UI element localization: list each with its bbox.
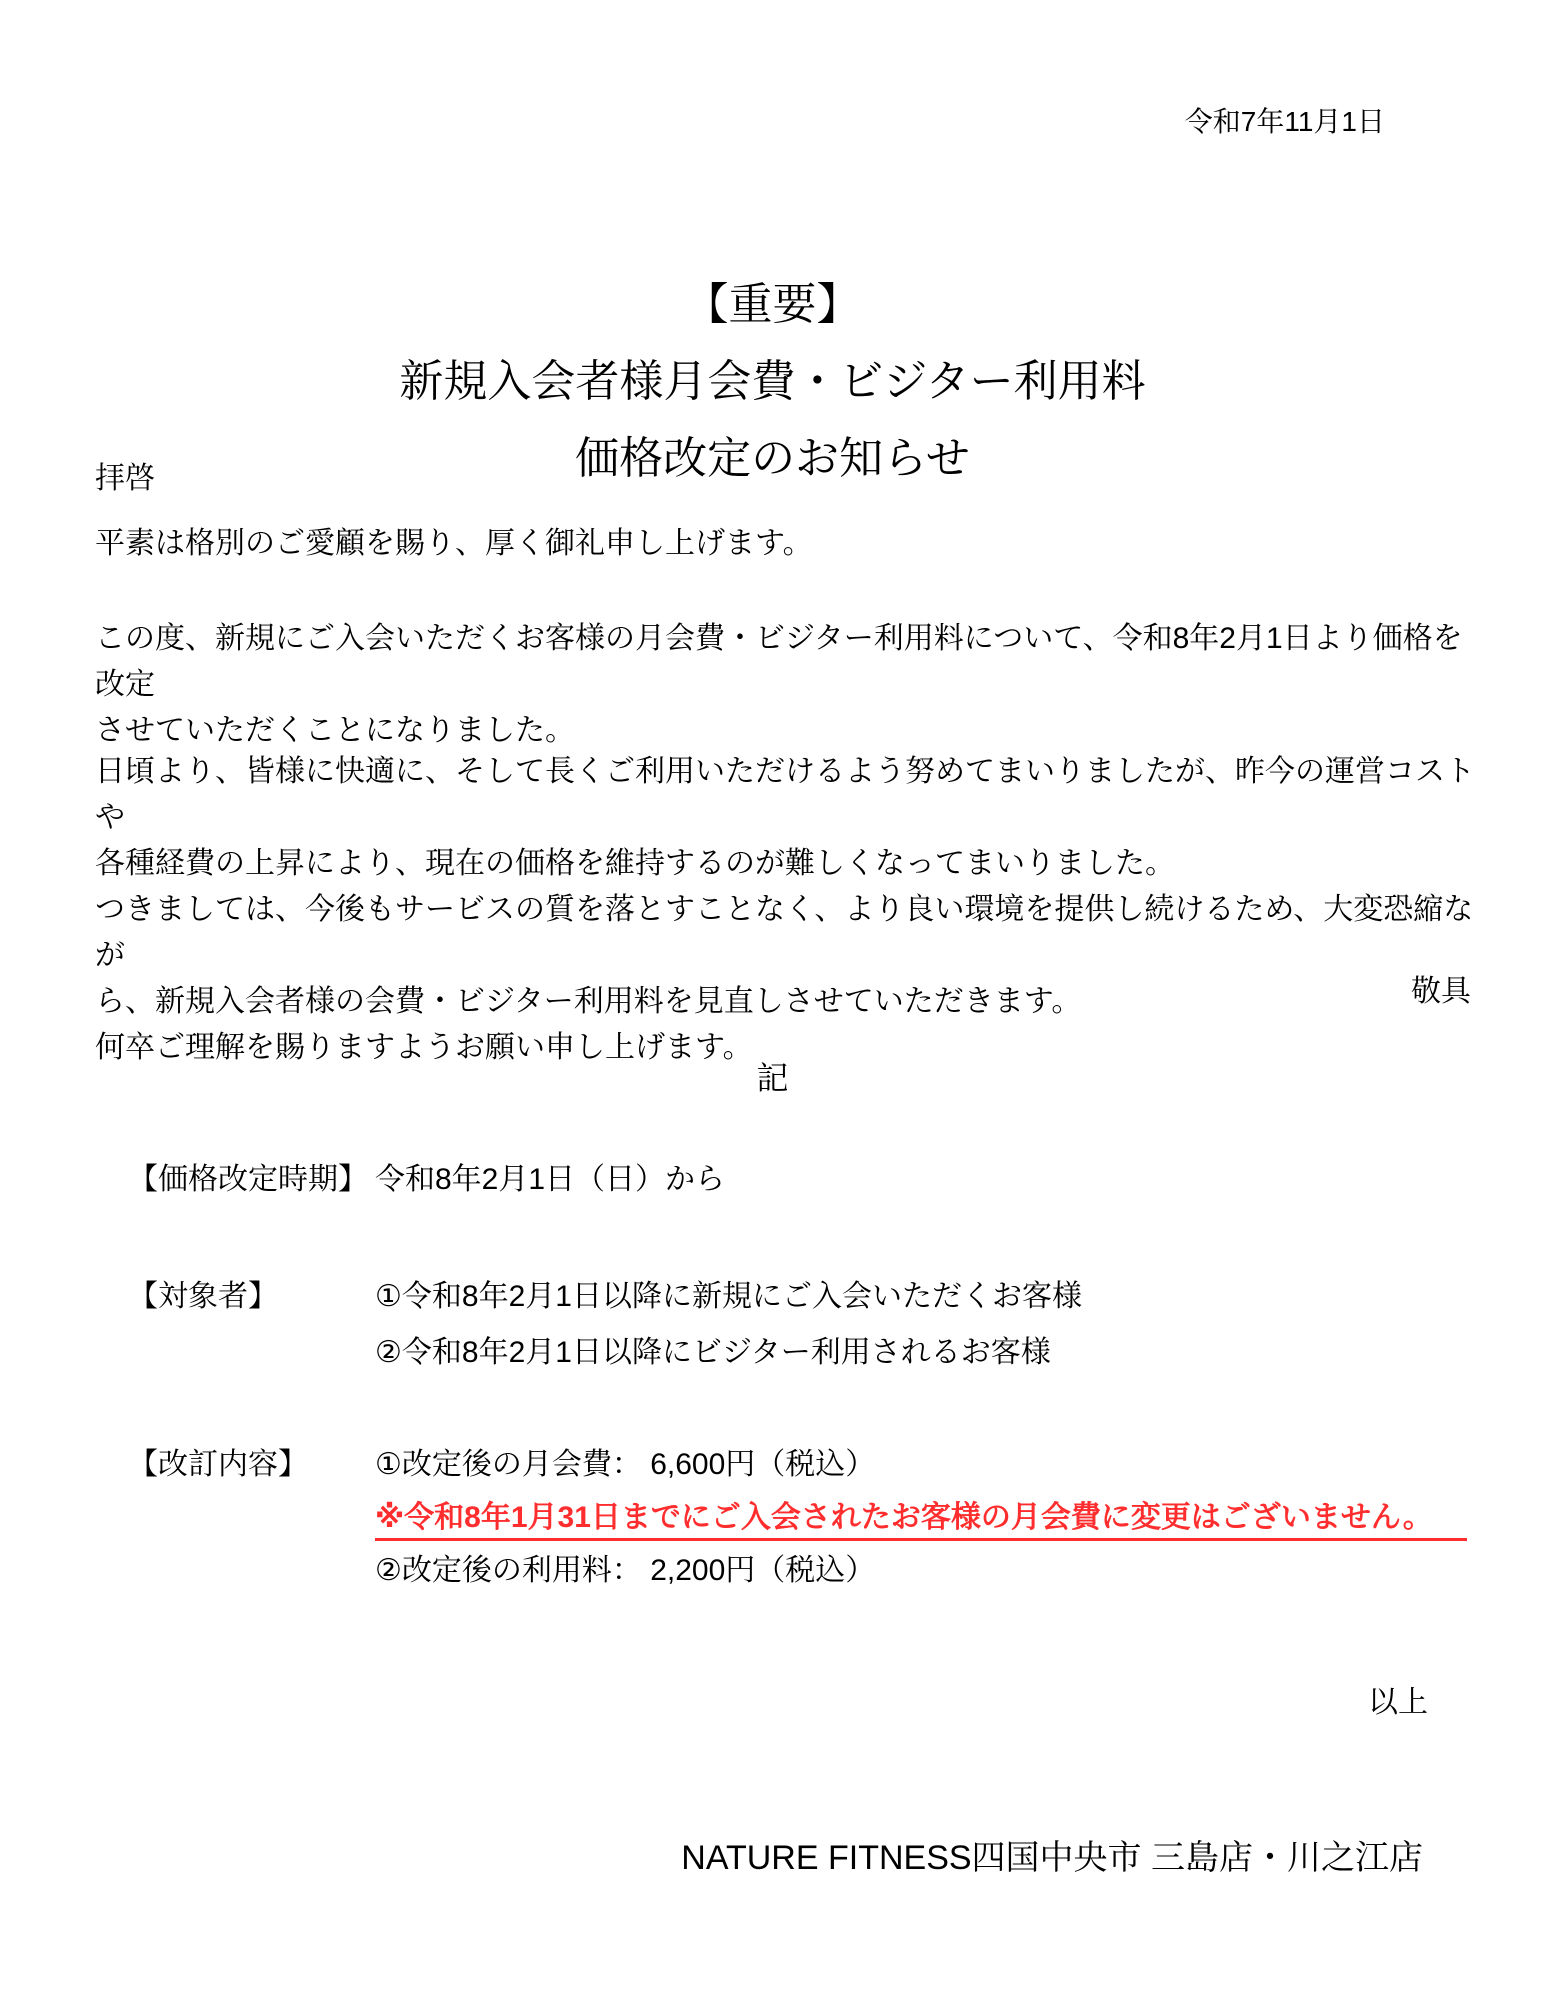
section-revision-date: 【価格改定時期】 令和8年2月1日（日）から	[0, 1160, 1545, 1200]
section-target-customers: 【対象者】 ①令和8年2月1日以降に新規にご入会いただくお客様 ②令和8年2月1…	[0, 1269, 1545, 1381]
paragraph-reason: 日頃より、皆様に快適に、そして長くご利用いただけるよう努めてまいりましたが、昨今…	[95, 749, 1480, 1071]
section-label-target-customers: 【対象者】	[128, 1269, 278, 1325]
target-customers-item-2: ②令和8年2月1日以降にビジター利用されるお客様	[375, 1325, 1545, 1381]
section-label-revision-details: 【改訂内容】	[128, 1438, 308, 1491]
section-label-revision-date: 【価格改定時期】	[128, 1160, 368, 1200]
target-customers-item-1: ①令和8年2月1日以降に新規にご入会いただくお客様	[375, 1269, 1545, 1325]
document-date: 令和7年11月1日	[1185, 104, 1385, 140]
salutation-close: 敬具	[1411, 972, 1471, 1011]
paragraph-announcement: この度、新規にご入会いただくお客様の月会費・ビジター利用料について、令和8年2月…	[95, 616, 1480, 754]
closing-end-marker: 以上	[1368, 1683, 1428, 1722]
reason-line: ら、新規入会者様の会費・ビジター利用料を見直しさせていただきます。	[95, 979, 1480, 1025]
reason-line: つきましては、今後もサービスの質を落とすことなく、より良い環境を提供し続けるため…	[95, 887, 1480, 979]
revision-date-value: 令和8年2月1日（日）から	[375, 1160, 1545, 1200]
announcement-line: この度、新規にご入会いただくお客様の月会費・ビジター利用料について、令和8年2月…	[95, 616, 1480, 708]
reason-line: 日頃より、皆様に快適に、そして長くご利用いただけるよう努めてまいりましたが、昨今…	[95, 749, 1480, 841]
announcement-line: させていただくことになりました。	[95, 708, 1480, 754]
revised-visitor-fee: ②改定後の利用料： 2,200円（税込）	[375, 1544, 1545, 1597]
title-subject-line: 新規入会者様月会費・ビジター利用料	[0, 343, 1545, 420]
existing-members-note-text: ※令和8年1月31日までにご入会されたお客様の月会費に変更はございません。	[375, 1501, 1467, 1541]
record-marker: 記	[0, 1058, 1545, 1100]
document-title: 【重要】 新規入会者様月会費・ビジター利用料 価格改定のお知らせ	[0, 266, 1545, 497]
existing-members-note: ※令和8年1月31日までにご入会されたお客様の月会費に変更はございません。	[375, 1491, 1545, 1544]
reason-line: 各種経費の上昇により、現在の価格を維持するのが難しくなってまいりました。	[95, 841, 1480, 887]
price-revision-notice-document: 令和7年11月1日 【重要】 新規入会者様月会費・ビジター利用料 価格改定のお知…	[0, 0, 1545, 1999]
company-signature: NATURE FITNESS四国中央市 三島店・川之江店	[681, 1836, 1423, 1880]
salutation-open: 拝啓	[95, 459, 155, 498]
section-revision-details: 【改訂内容】 ①改定後の月会費： 6,600円（税込） ※令和8年1月31日まで…	[0, 1438, 1545, 1597]
paragraph-thanks: 平素は格別のご愛顧を賜り、厚く御礼申し上げます。	[95, 524, 813, 563]
title-notice-line: 価格改定のお知らせ	[0, 420, 1545, 497]
title-important-tag: 【重要】	[0, 266, 1545, 343]
revised-monthly-fee: ①改定後の月会費： 6,600円（税込）	[375, 1438, 1545, 1491]
